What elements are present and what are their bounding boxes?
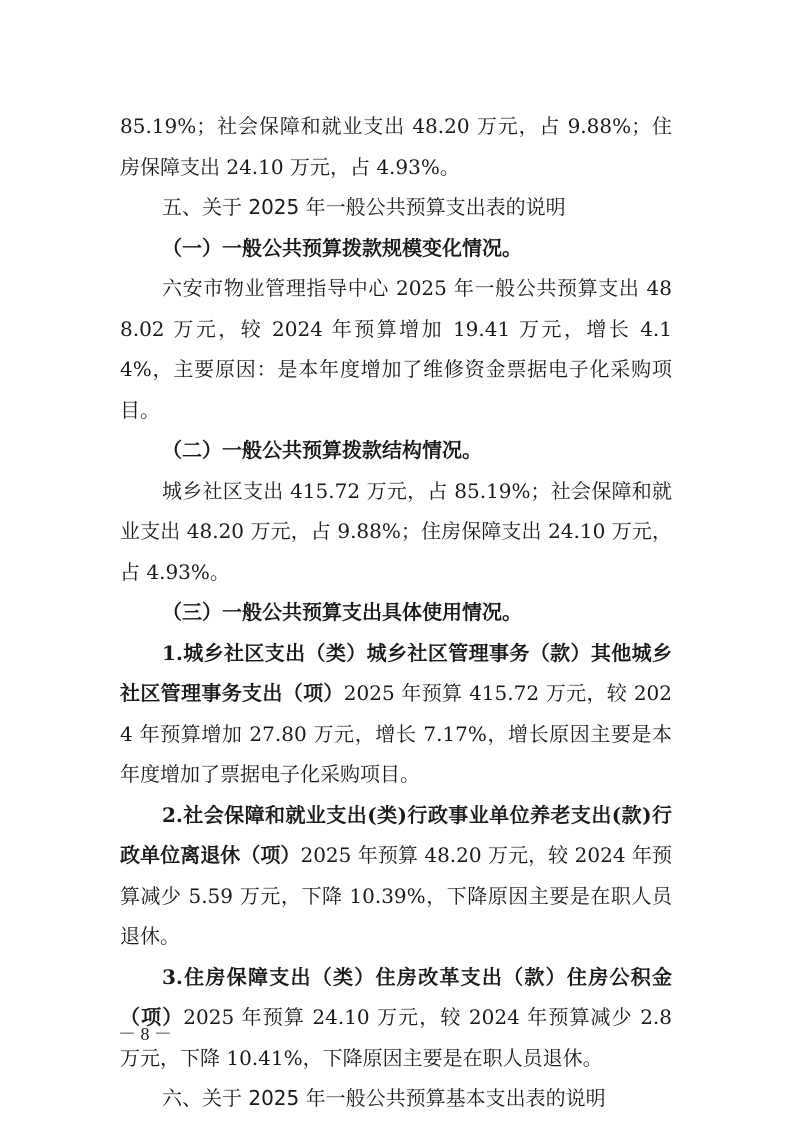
item-body-3: 2025 年预算 24.10 万元，较 2024 年预算减少 2.8 万元，下降… [120,1005,672,1070]
subsection-heading-1: （一）一般公共预算拨款规模变化情况。 [120,228,672,269]
document-page: 85.19%；社会保障和就业支出 48.20 万元，占 9.88%；住房保障支出… [120,106,672,1119]
body-paragraph-structure: 城乡社区支出 415.72 万元，占 85.19%；社会保障和就业支出 48.2… [120,471,672,593]
section-heading-6: 六、关于 2025 年一般公共预算基本支出表的说明 [120,1078,672,1119]
item-paragraph-2: 2.社会保障和就业支出(类)行政事业单位养老支出(款)行政单位离退休（项）202… [120,795,672,957]
body-paragraph-scale: 六安市物业管理指导中心 2025 年一般公共预算支出 488.02 万元，较 2… [120,268,672,430]
page-number: － 8 － [118,1020,172,1046]
subsection-heading-2: （二）一般公共预算拨款结构情况。 [120,430,672,471]
item-paragraph-1: 1.城乡社区支出（类）城乡社区管理事务（款）其他城乡社区管理事务支出（项）202… [120,633,672,795]
continuation-paragraph: 85.19%；社会保障和就业支出 48.20 万元，占 9.88%；住房保障支出… [120,106,672,187]
item-paragraph-3: 3.住房保障支出（类）住房改革支出（款）住房公积金（项）2025 年预算 24.… [120,957,672,1079]
subsection-heading-3: （三）一般公共预算支出具体使用情况。 [120,592,672,633]
section-heading-5: 五、关于 2025 年一般公共预算支出表的说明 [120,187,672,228]
